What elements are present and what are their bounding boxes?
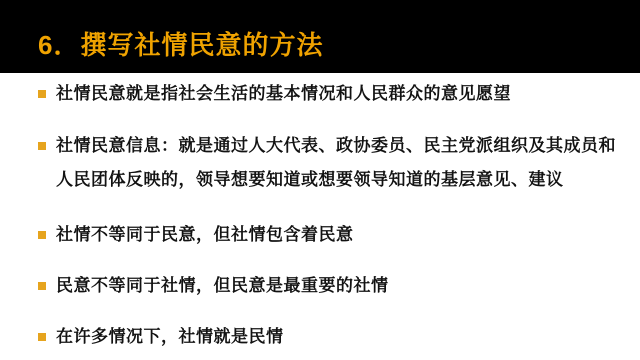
bullet-square-icon <box>38 231 46 239</box>
bullet-list: 社情民意就是指社会生活的基本情况和人民群众的意见愿望社情民意信息：就是通过人大代… <box>0 73 640 360</box>
bullet-item: 民意不等同于社情，但民意是最重要的社情 <box>38 269 624 303</box>
bullet-text-line: 社情民意信息：就是通过人大代表、政协委员、民主党派组织及其成员和 <box>56 129 616 163</box>
bullet-text: 社情民意就是指社会生活的基本情况和人民群众的意见愿望 <box>56 77 511 111</box>
bullet-square-icon <box>38 333 46 341</box>
bullet-text: 民意不等同于社情，但民意是最重要的社情 <box>56 269 389 303</box>
bullet-text: 社情民意信息：就是通过人大代表、政协委员、民主党派组织及其成员和人民团体反映的，… <box>56 129 616 197</box>
bullet-text-line: 人民团体反映的，领导想要知道或想要领导知道的基层意见、建议 <box>56 163 616 197</box>
slide-header-bar: 6．撰写社情民意的方法 <box>0 0 640 73</box>
bullet-square-icon <box>38 90 46 98</box>
slide-title: 6．撰写社情民意的方法 <box>38 25 323 62</box>
bullet-item: 社情民意信息：就是通过人大代表、政协委员、民主党派组织及其成员和人民团体反映的，… <box>38 129 624 197</box>
bullet-text-line: 社情不等同于民意，但社情包含着民意 <box>56 218 354 252</box>
bullet-item: 社情不等同于民意，但社情包含着民意 <box>38 218 624 252</box>
bullet-text-line: 民意不等同于社情，但民意是最重要的社情 <box>56 269 389 303</box>
bullet-square-icon <box>38 282 46 290</box>
bullet-item: 在许多情况下，社情就是民情 <box>38 320 624 354</box>
bullet-text: 社情不等同于民意，但社情包含着民意 <box>56 218 354 252</box>
bullet-text-line: 社情民意就是指社会生活的基本情况和人民群众的意见愿望 <box>56 77 511 111</box>
bullet-item: 社情民意就是指社会生活的基本情况和人民群众的意见愿望 <box>38 77 624 111</box>
bullet-text-line: 在许多情况下，社情就是民情 <box>56 320 284 354</box>
presentation-slide: 6．撰写社情民意的方法 社情民意就是指社会生活的基本情况和人民群众的意见愿望社情… <box>0 0 640 360</box>
bullet-text: 在许多情况下，社情就是民情 <box>56 320 284 354</box>
bullet-square-icon <box>38 142 46 150</box>
